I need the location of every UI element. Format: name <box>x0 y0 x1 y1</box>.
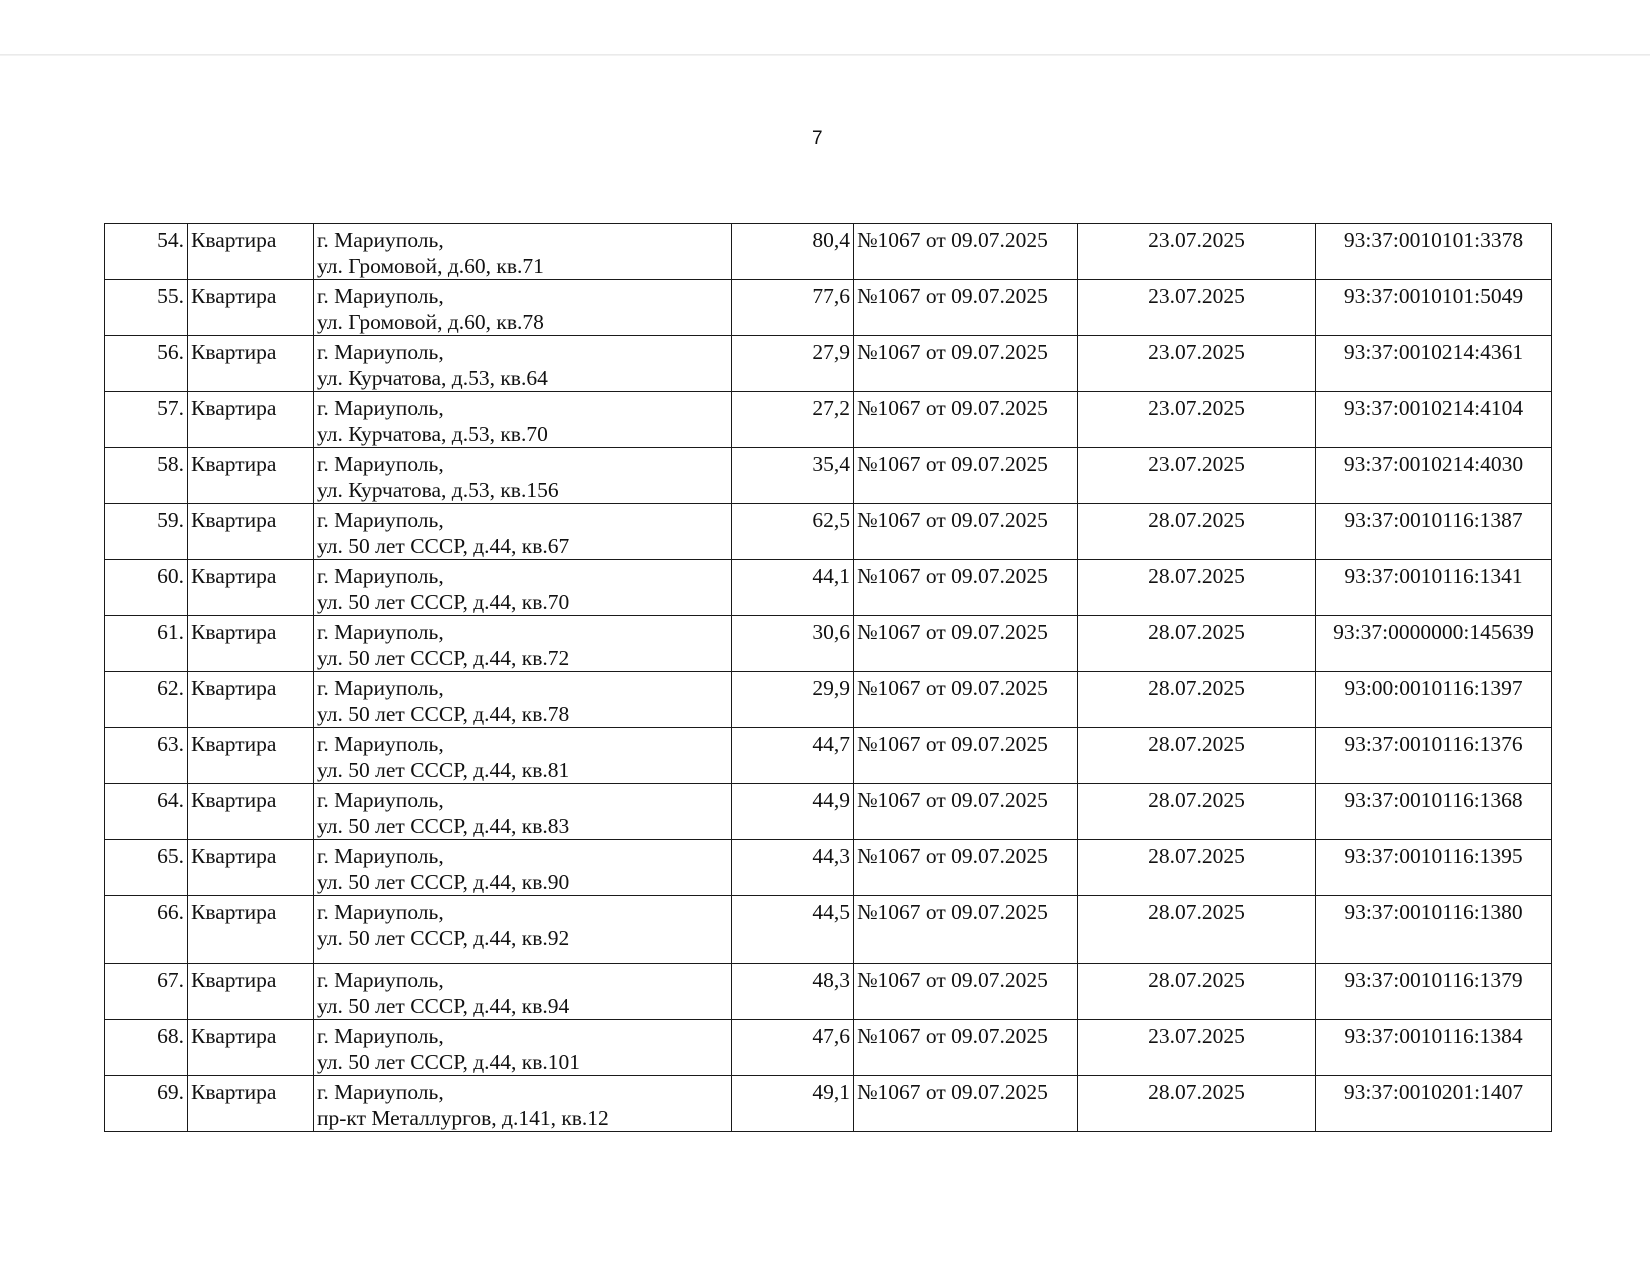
area: 35,4 <box>732 448 854 504</box>
table-row: 65. Квартира г. Мариуполь,ул. 50 лет ССС… <box>105 840 1552 896</box>
table-row: 62. Квартира г. Мариуполь,ул. 50 лет ССС… <box>105 672 1552 728</box>
address-street: ул. 50 лет СССР, д.44, кв.81 <box>317 757 728 783</box>
cadastral-number: 93:37:0010116:1379 <box>1316 964 1552 1020</box>
cadastral-number: 93:37:0010101:5049 <box>1316 280 1552 336</box>
decision-document: №1067 от 09.07.2025 <box>854 1020 1078 1076</box>
property-registry-table: 54. Квартира г. Мариуполь,ул. Громовой, … <box>104 223 1552 1132</box>
area: 62,5 <box>732 504 854 560</box>
area: 44,1 <box>732 560 854 616</box>
table-row: 64. Квартира г. Мариуполь,ул. 50 лет ССС… <box>105 784 1552 840</box>
address-street: ул. 50 лет СССР, д.44, кв.101 <box>317 1049 728 1075</box>
row-number: 59. <box>105 504 188 560</box>
row-number: 65. <box>105 840 188 896</box>
row-number: 64. <box>105 784 188 840</box>
table-row: 63. Квартира г. Мариуполь,ул. 50 лет ССС… <box>105 728 1552 784</box>
decision-document: №1067 от 09.07.2025 <box>854 560 1078 616</box>
area: 44,3 <box>732 840 854 896</box>
table-row: 67. Квартира г. Мариуполь,ул. 50 лет ССС… <box>105 964 1552 1020</box>
address-street: ул. 50 лет СССР, д.44, кв.72 <box>317 645 728 671</box>
registration-date: 28.07.2025 <box>1078 896 1316 964</box>
address: г. Мариуполь,ул. Курчатова, д.53, кв.156 <box>314 448 732 504</box>
area: 29,9 <box>732 672 854 728</box>
table-row: 68. Квартира г. Мариуполь,ул. 50 лет ССС… <box>105 1020 1552 1076</box>
registration-date: 23.07.2025 <box>1078 392 1316 448</box>
scan-edge <box>0 54 1650 56</box>
address-city: г. Мариуполь, <box>317 1023 728 1049</box>
address: г. Мариуполь,ул. 50 лет СССР, д.44, кв.9… <box>314 840 732 896</box>
registration-date: 28.07.2025 <box>1078 728 1316 784</box>
decision-document: №1067 от 09.07.2025 <box>854 672 1078 728</box>
address-street: ул. Курчатова, д.53, кв.64 <box>317 365 728 391</box>
decision-document: №1067 от 09.07.2025 <box>854 448 1078 504</box>
row-number: 57. <box>105 392 188 448</box>
property-type: Квартира <box>188 784 314 840</box>
property-type: Квартира <box>188 560 314 616</box>
area: 48,3 <box>732 964 854 1020</box>
area: 30,6 <box>732 616 854 672</box>
registration-date: 23.07.2025 <box>1078 280 1316 336</box>
page-number: 7 <box>812 128 823 150</box>
row-number: 60. <box>105 560 188 616</box>
address-city: г. Мариуполь, <box>317 563 728 589</box>
address-city: г. Мариуполь, <box>317 843 728 869</box>
address-street: ул. 50 лет СССР, д.44, кв.92 <box>317 925 728 951</box>
address: г. Мариуполь,ул. 50 лет СССР, д.44, кв.6… <box>314 504 732 560</box>
property-type: Квартира <box>188 896 314 964</box>
registration-date: 23.07.2025 <box>1078 224 1316 280</box>
registry-table-body: 54. Квартира г. Мариуполь,ул. Громовой, … <box>105 224 1552 1132</box>
property-type: Квартира <box>188 1076 314 1132</box>
address-city: г. Мариуполь, <box>317 339 728 365</box>
registration-date: 23.07.2025 <box>1078 336 1316 392</box>
area: 44,9 <box>732 784 854 840</box>
property-type: Квартира <box>188 392 314 448</box>
property-type: Квартира <box>188 280 314 336</box>
address: г. Мариуполь,ул. Громовой, д.60, кв.78 <box>314 280 732 336</box>
address-city: г. Мариуполь, <box>317 675 728 701</box>
address: г. Мариуполь,ул. 50 лет СССР, д.44, кв.8… <box>314 728 732 784</box>
area: 27,9 <box>732 336 854 392</box>
address: г. Мариуполь,ул. 50 лет СССР, д.44, кв.9… <box>314 964 732 1020</box>
area: 80,4 <box>732 224 854 280</box>
address: г. Мариуполь,ул. Громовой, д.60, кв.71 <box>314 224 732 280</box>
address: г. Мариуполь,ул. 50 лет СССР, д.44, кв.1… <box>314 1020 732 1076</box>
decision-document: №1067 от 09.07.2025 <box>854 504 1078 560</box>
address-street: ул. 50 лет СССР, д.44, кв.90 <box>317 869 728 895</box>
address-city: г. Мариуполь, <box>317 967 728 993</box>
address: г. Мариуполь,ул. 50 лет СССР, д.44, кв.7… <box>314 616 732 672</box>
table-row: 57. Квартира г. Мариуполь,ул. Курчатова,… <box>105 392 1552 448</box>
property-type: Квартира <box>188 964 314 1020</box>
cadastral-number: 93:37:0010116:1368 <box>1316 784 1552 840</box>
registration-date: 28.07.2025 <box>1078 964 1316 1020</box>
row-number: 66. <box>105 896 188 964</box>
property-type: Квартира <box>188 728 314 784</box>
address-street: ул. Громовой, д.60, кв.71 <box>317 253 728 279</box>
address-street: ул. Громовой, д.60, кв.78 <box>317 309 728 335</box>
address-street: ул. 50 лет СССР, д.44, кв.78 <box>317 701 728 727</box>
row-number: 68. <box>105 1020 188 1076</box>
registration-date: 28.07.2025 <box>1078 504 1316 560</box>
cadastral-number: 93:37:0010116:1395 <box>1316 840 1552 896</box>
table-row: 58. Квартира г. Мариуполь,ул. Курчатова,… <box>105 448 1552 504</box>
property-type: Квартира <box>188 840 314 896</box>
row-number: 67. <box>105 964 188 1020</box>
address-city: г. Мариуполь, <box>317 283 728 309</box>
address-city: г. Мариуполь, <box>317 619 728 645</box>
address: г. Мариуполь,ул. 50 лет СССР, д.44, кв.7… <box>314 560 732 616</box>
address: г. Мариуполь,ул. 50 лет СССР, д.44, кв.8… <box>314 784 732 840</box>
address-city: г. Мариуполь, <box>317 451 728 477</box>
area: 49,1 <box>732 1076 854 1132</box>
property-type: Квартира <box>188 336 314 392</box>
property-type: Квартира <box>188 504 314 560</box>
area: 47,6 <box>732 1020 854 1076</box>
address-street: пр-кт Металлургов, д.141, кв.12 <box>317 1105 728 1131</box>
address: г. Мариуполь,ул. 50 лет СССР, д.44, кв.7… <box>314 672 732 728</box>
address-city: г. Мариуполь, <box>317 1079 728 1105</box>
property-type: Квартира <box>188 672 314 728</box>
row-number: 61. <box>105 616 188 672</box>
cadastral-number: 93:37:0010214:4104 <box>1316 392 1552 448</box>
address-city: г. Мариуполь, <box>317 731 728 757</box>
registration-date: 28.07.2025 <box>1078 616 1316 672</box>
address-street: ул. 50 лет СССР, д.44, кв.70 <box>317 589 728 615</box>
row-number: 58. <box>105 448 188 504</box>
decision-document: №1067 от 09.07.2025 <box>854 392 1078 448</box>
address-street: ул. Курчатова, д.53, кв.70 <box>317 421 728 447</box>
row-number: 63. <box>105 728 188 784</box>
cadastral-number: 93:37:0010116:1376 <box>1316 728 1552 784</box>
area: 77,6 <box>732 280 854 336</box>
row-number: 62. <box>105 672 188 728</box>
address-city: г. Мариуполь, <box>317 507 728 533</box>
address-city: г. Мариуполь, <box>317 787 728 813</box>
decision-document: №1067 от 09.07.2025 <box>854 784 1078 840</box>
decision-document: №1067 от 09.07.2025 <box>854 840 1078 896</box>
cadastral-number: 93:37:0010201:1407 <box>1316 1076 1552 1132</box>
registration-date: 23.07.2025 <box>1078 1020 1316 1076</box>
registration-date: 28.07.2025 <box>1078 784 1316 840</box>
row-number: 55. <box>105 280 188 336</box>
decision-document: №1067 от 09.07.2025 <box>854 224 1078 280</box>
registration-date: 28.07.2025 <box>1078 1076 1316 1132</box>
cadastral-number: 93:37:0010116:1380 <box>1316 896 1552 964</box>
decision-document: №1067 от 09.07.2025 <box>854 728 1078 784</box>
registration-date: 28.07.2025 <box>1078 840 1316 896</box>
table-row: 59. Квартира г. Мариуполь,ул. 50 лет ССС… <box>105 504 1552 560</box>
address-city: г. Мариуполь, <box>317 899 728 925</box>
row-number: 54. <box>105 224 188 280</box>
cadastral-number: 93:37:0010116:1341 <box>1316 560 1552 616</box>
row-number: 69. <box>105 1076 188 1132</box>
property-type: Квартира <box>188 448 314 504</box>
area: 27,2 <box>732 392 854 448</box>
decision-document: №1067 от 09.07.2025 <box>854 616 1078 672</box>
table-row: 69. Квартира г. Мариуполь,пр-кт Металлур… <box>105 1076 1552 1132</box>
decision-document: №1067 от 09.07.2025 <box>854 896 1078 964</box>
address: г. Мариуполь,ул. Курчатова, д.53, кв.64 <box>314 336 732 392</box>
address-street: ул. 50 лет СССР, д.44, кв.67 <box>317 533 728 559</box>
registration-date: 23.07.2025 <box>1078 448 1316 504</box>
property-type: Квартира <box>188 1020 314 1076</box>
cadastral-number: 93:37:0010214:4030 <box>1316 448 1552 504</box>
registration-date: 28.07.2025 <box>1078 672 1316 728</box>
table-row: 55. Квартира г. Мариуполь,ул. Громовой, … <box>105 280 1552 336</box>
table-row: 66. Квартира г. Мариуполь,ул. 50 лет ССС… <box>105 896 1552 964</box>
area: 44,5 <box>732 896 854 964</box>
cadastral-number: 93:00:0010116:1397 <box>1316 672 1552 728</box>
decision-document: №1067 от 09.07.2025 <box>854 280 1078 336</box>
table-row: 54. Квартира г. Мариуполь,ул. Громовой, … <box>105 224 1552 280</box>
table-row: 56. Квартира г. Мариуполь,ул. Курчатова,… <box>105 336 1552 392</box>
address: г. Мариуполь,ул. Курчатова, д.53, кв.70 <box>314 392 732 448</box>
address-city: г. Мариуполь, <box>317 227 728 253</box>
decision-document: №1067 от 09.07.2025 <box>854 964 1078 1020</box>
cadastral-number: 93:37:0010116:1387 <box>1316 504 1552 560</box>
cadastral-number: 93:37:0010116:1384 <box>1316 1020 1552 1076</box>
property-type: Квартира <box>188 616 314 672</box>
row-number: 56. <box>105 336 188 392</box>
cadastral-number: 93:37:0010101:3378 <box>1316 224 1552 280</box>
decision-document: №1067 от 09.07.2025 <box>854 1076 1078 1132</box>
area: 44,7 <box>732 728 854 784</box>
registration-date: 28.07.2025 <box>1078 560 1316 616</box>
address-city: г. Мариуполь, <box>317 395 728 421</box>
address: г. Мариуполь,пр-кт Металлургов, д.141, к… <box>314 1076 732 1132</box>
address-street: ул. 50 лет СССР, д.44, кв.94 <box>317 993 728 1019</box>
property-type: Квартира <box>188 224 314 280</box>
table-row: 60. Квартира г. Мариуполь,ул. 50 лет ССС… <box>105 560 1552 616</box>
address: г. Мариуполь,ул. 50 лет СССР, д.44, кв.9… <box>314 896 732 964</box>
table-row: 61. Квартира г. Мариуполь,ул. 50 лет ССС… <box>105 616 1552 672</box>
cadastral-number: 93:37:0000000:145639 <box>1316 616 1552 672</box>
cadastral-number: 93:37:0010214:4361 <box>1316 336 1552 392</box>
address-street: ул. Курчатова, д.53, кв.156 <box>317 477 728 503</box>
address-street: ул. 50 лет СССР, д.44, кв.83 <box>317 813 728 839</box>
decision-document: №1067 от 09.07.2025 <box>854 336 1078 392</box>
